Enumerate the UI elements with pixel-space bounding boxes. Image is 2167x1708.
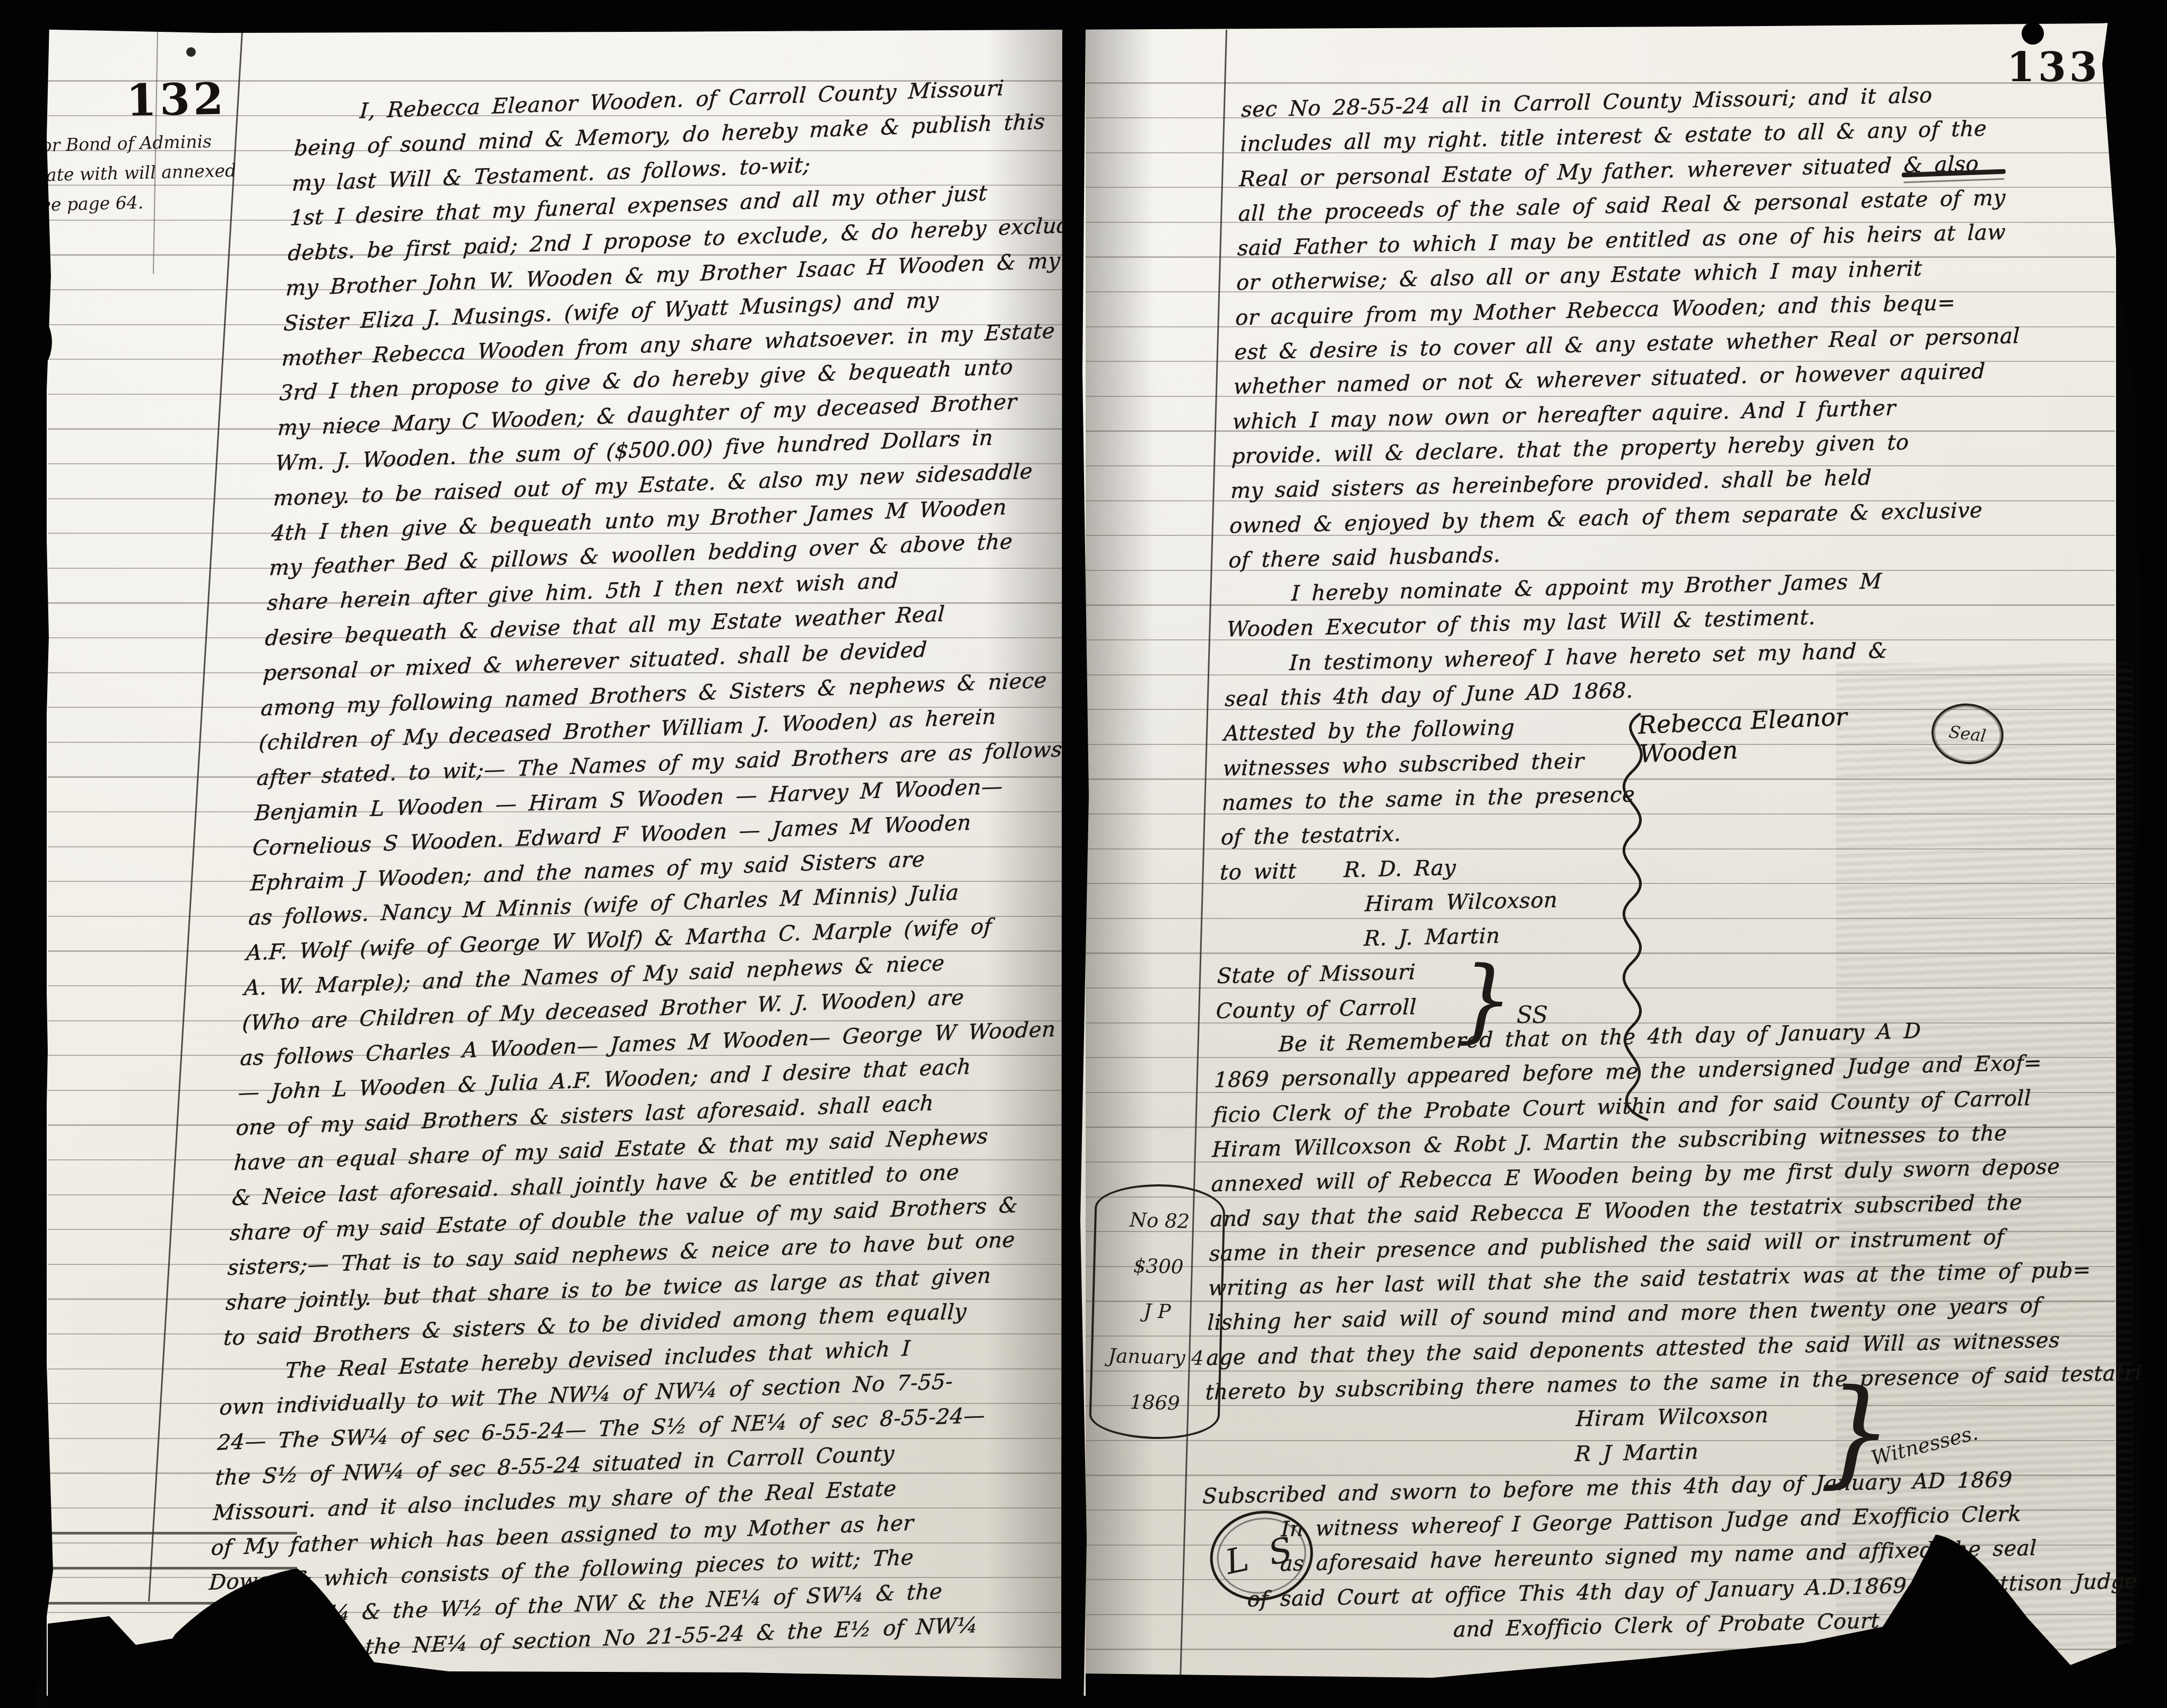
right-page-will-text: sec No 28-55-24 all in Carroll County Mi… [1198, 74, 2122, 1653]
text-line: $300 [1133, 1254, 1184, 1278]
text-line: J P [1143, 1300, 1172, 1323]
ls-seal-label: L S [1222, 1529, 1301, 1583]
text-line: No 82 [1129, 1208, 1190, 1233]
administration-margin-note: For Bond of Administrate with will annex… [30, 126, 244, 220]
page-number-left: 132 [126, 73, 227, 126]
text-line: January 4 [1108, 1345, 1204, 1370]
left-page-will-text: I, Rebecca Eleanor Wooden. of Carroll Co… [204, 69, 1069, 1671]
text-line: For Bond of Adminis [30, 126, 242, 161]
text-line: see page 64. [31, 185, 244, 220]
ss-scilicet-label: SS [1516, 1002, 1548, 1029]
scanned-will-record-spread: 132 133 For Bond of Administrate with wi… [0, 0, 2167, 1708]
seal-label: Seal [1948, 722, 1987, 746]
text-line: 1869 [1130, 1391, 1180, 1415]
witnesses-brace: } [1819, 1373, 1893, 1490]
text-line: trate with will annexed [30, 155, 243, 190]
probate-filing-note: No 82$300J PJanuary 41869 [1089, 1183, 1226, 1441]
state-county-brace: } [1456, 955, 1513, 1045]
attestation-brace-squiggle [1601, 710, 1660, 1129]
